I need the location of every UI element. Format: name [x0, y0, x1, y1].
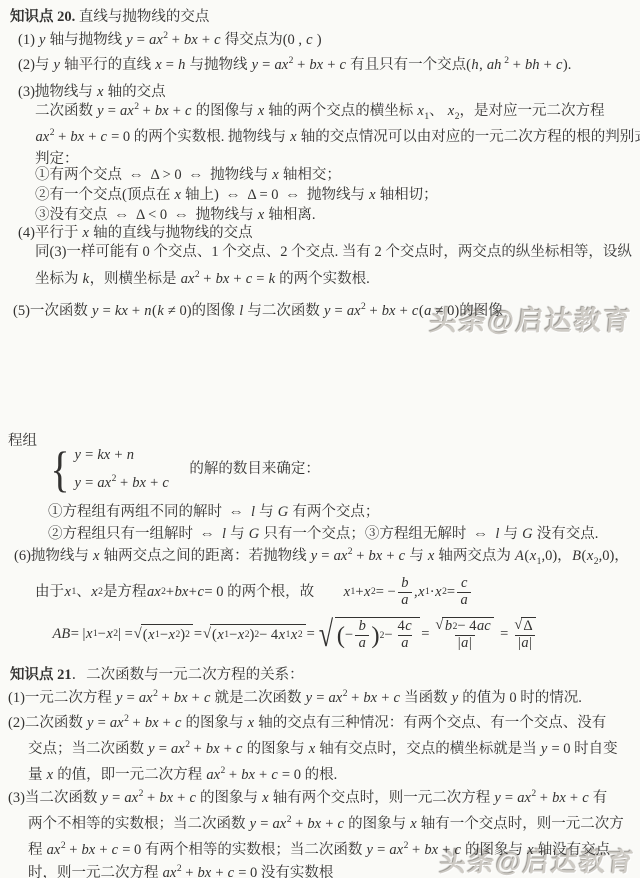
kp20-item-6-ab-formula: AB = |x1 − x2| = (x1 − x2)2 = (x1 − x2)2…	[52, 616, 542, 652]
kp21-item-3-line-3: 程 ax2 + bx + c = 0 有两个相等的实数根；当二次函数 y = a…	[28, 841, 610, 860]
kp20-item-1: (1) y 轴与抛物线 y = ax2 + bx + c 得交点为(0 , c …	[18, 31, 322, 50]
document-page: 头条@启达教育 头条@启达教育 知识点 20. 直线与抛物线的交点(1) y 轴…	[0, 0, 640, 878]
kp21-heading: 知识点 21．二次函数与一元二次方程的关系：	[10, 666, 304, 685]
kp20-item-3: (3)抛物线与 x 轴的交点	[18, 83, 166, 102]
kp21-item-2-line-2: 交点；当二次函数 y = ax2 + bx + c 的图象与 x 轴有交点时，交…	[28, 740, 618, 759]
kp21-item-3-line-2: 两个不相等的实数根；当二次函数 y = ax2 + bx + c 的图象与 x …	[28, 815, 624, 834]
kp21-item-1: (1)一元二次方程 y = ax2 + bx + c 就是二次函数 y = ax…	[8, 689, 582, 708]
kp20-item-5-cont: 程组	[8, 432, 37, 451]
kp20-sys-case-2-3: ②方程组只有一组解时 ⇔ l 与 G 只有一个交点；③方程组无解时 ⇔ l 与 …	[48, 524, 598, 544]
kp20-case-2: ②有一个交点(顶点在 x 轴上) ⇔ Δ = 0 ⇔ 抛物线与 x 轴相切；	[35, 185, 438, 205]
kp20-item-4: (4)平行于 x 轴的直线与抛物线的交点	[18, 224, 253, 243]
kp20-case-1: ①有两个交点 ⇔ Δ > 0 ⇔ 抛物线与 x 轴相交；	[35, 165, 341, 185]
kp20-item-6: (6)抛物线与 x 轴两交点之间的距离：若抛物线 y = ax2 + bx + …	[14, 547, 629, 566]
kp21-item-3-line-1: (3)当二次函数 y = ax2 + bx + c 的图象与 x 轴有两个交点时…	[8, 789, 607, 808]
kp20-item-5: (5)一次函数 y = kx + n(k ≠ 0)的图像 l 与二次函数 y =…	[13, 302, 503, 321]
kp20-case-3: ③没有交点 ⇔ Δ < 0 ⇔ 抛物线与 x 轴相离.	[35, 205, 315, 225]
kp20-item-3-text-1: 二次函数 y = ax2 + bx + c 的图像与 x 轴的两个交点的横坐标 …	[35, 102, 604, 121]
kp20-item-4-text-1: 同(3)一样可能有 0 个交点、1 个交点、2 个交点. 当有 2 个交点时，两…	[35, 243, 632, 262]
kp21-item-3-line-4: 时，则一元二次方程 ax2 + bx + c = 0 没有实数根	[28, 864, 333, 878]
kp20-item-2: (2)与 y 轴平行的直线 x = h 与抛物线 y = ax2 + bx + …	[18, 56, 571, 75]
equation-system: {y = kx + ny = ax2 + bx + c的解的数目来确定：	[48, 446, 320, 493]
kp20-heading: 知识点 20. 直线与抛物线的交点	[10, 8, 209, 27]
kp20-item-4-text-2: 坐标为 k，则横坐标是 ax2 + bx + c = k 的两个实数根.	[35, 270, 370, 289]
kp20-item-3-text-2: ax2 + bx + c = 0 的两个实数根. 抛物线与 x 轴的交点情况可以…	[35, 128, 640, 147]
kp21-item-2-line-3: 量 x 的值，即一元二次方程 ax2 + bx + c = 0 的根.	[28, 766, 337, 785]
kp20-sys-case-1: ①方程组有两组不同的解时 ⇔ l 与 G 有两个交点；	[48, 502, 379, 522]
kp21-item-2-line-1: (2)二次函数 y = ax2 + bx + c 的图象与 x 轴的交点有三种情…	[8, 714, 606, 733]
kp20-item-6-vieta: 由于 x1、 x2 是方程 ax2 + bx + c = 0 的两个根，故 x1…	[35, 576, 473, 609]
